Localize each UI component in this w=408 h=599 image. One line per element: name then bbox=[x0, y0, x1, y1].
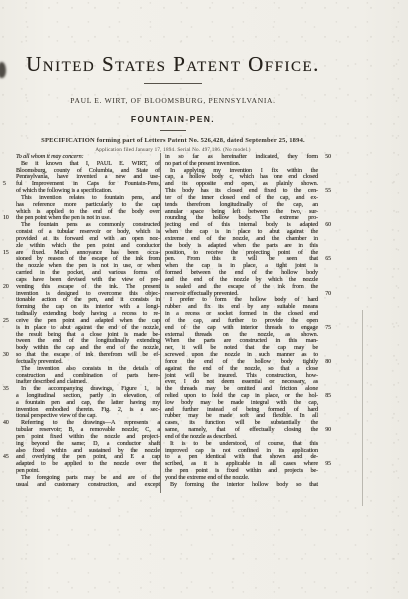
line-number: 30 bbox=[3, 352, 9, 359]
line-number: 20 bbox=[3, 284, 9, 291]
patent-header: United States Patent Office. PAUL E. WIR… bbox=[0, 0, 346, 153]
scan-artifact-line bbox=[362, 310, 363, 506]
left-column: To all whom it may concern:Be it known t… bbox=[16, 154, 160, 489]
text-line: usual and customary construction, and ex… bbox=[16, 482, 160, 489]
line-number: 75 bbox=[325, 325, 331, 332]
invention-title: FOUNTAIN-PEN. bbox=[0, 114, 346, 124]
line-number: 80 bbox=[325, 359, 331, 366]
line-number: 40 bbox=[3, 420, 9, 427]
line-number: 15 bbox=[3, 250, 9, 257]
invention-title-rule bbox=[160, 130, 186, 131]
specification-line: SPECIFICATION forming part of Letters Pa… bbox=[0, 137, 346, 144]
line-number: 45 bbox=[3, 454, 9, 461]
line-number: 50 bbox=[325, 154, 331, 161]
title-rule bbox=[144, 83, 202, 84]
line-number: 10 bbox=[3, 215, 9, 222]
line-number: 60 bbox=[325, 222, 331, 229]
line-number: 95 bbox=[325, 461, 331, 468]
line-number: 5 bbox=[3, 181, 6, 188]
right-column: 50in so far as hereinafter indicated, th… bbox=[165, 154, 318, 489]
line-number: 90 bbox=[325, 427, 331, 434]
line-number: 70 bbox=[325, 291, 331, 298]
line-number: 25 bbox=[3, 318, 9, 325]
line-number: 35 bbox=[3, 386, 9, 393]
line-number: 55 bbox=[325, 188, 331, 195]
text-line: By forming the interior hollow body so t… bbox=[165, 482, 318, 489]
inventor-line: PAUL E. WIRT, OF BLOOMSBURG, PENNSYLVANI… bbox=[0, 96, 346, 105]
patent-page: United States Patent Office. PAUL E. WIR… bbox=[0, 0, 408, 599]
patent-office-title: United States Patent Office. bbox=[0, 0, 346, 75]
line-number: 85 bbox=[325, 393, 331, 400]
column-divider bbox=[160, 153, 161, 493]
line-number: 65 bbox=[325, 256, 331, 263]
